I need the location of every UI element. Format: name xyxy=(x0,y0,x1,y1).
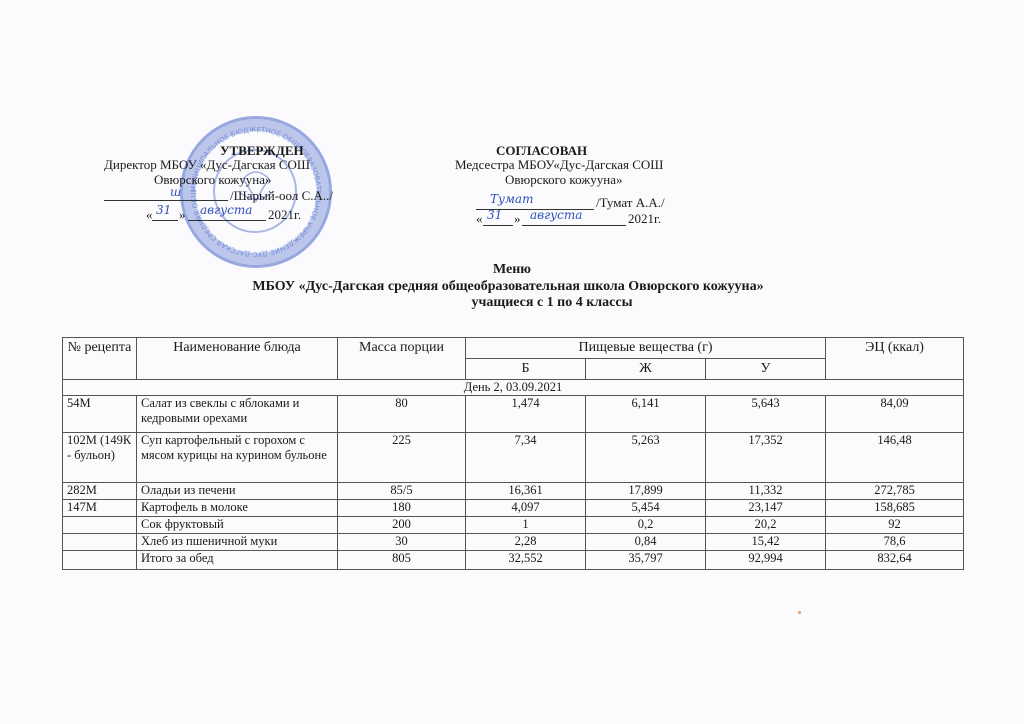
recipe-no-cell xyxy=(63,551,137,570)
recipe-no-cell: 147М xyxy=(63,500,137,517)
table-row: 282МОладьи из печени85/516,36117,89911,3… xyxy=(63,483,964,500)
table-row: Сок фруктовый20010,220,292 xyxy=(63,517,964,534)
school-name: МБОУ «Дус-Дагская средняя общеобразовате… xyxy=(0,279,1020,295)
agreed-date-month: августа xyxy=(530,208,582,222)
agreed-day-line xyxy=(483,225,513,226)
carbs-cell: 17,352 xyxy=(706,433,826,483)
portion-cell: 225 xyxy=(338,433,466,483)
approved-day-line xyxy=(152,220,178,221)
carbs-cell: 15,42 xyxy=(706,534,826,551)
table-row: 54МСалат из свеклы с яблоками и кедровым… xyxy=(63,396,964,433)
agreed-signer: /Тумат А.А./ xyxy=(596,195,665,210)
agreed-heading: СОГЛАСОВАН xyxy=(496,143,587,158)
fat-cell: 6,141 xyxy=(586,396,706,433)
protein-cell: 1 xyxy=(466,517,586,534)
dish-name-cell: Итого за обед xyxy=(137,551,338,570)
carbs-cell: 20,2 xyxy=(706,517,826,534)
agreed-month-line xyxy=(522,225,626,226)
approved-signer: /Шарый-оол С.А../ xyxy=(230,188,333,203)
energy-cell: 146,48 xyxy=(826,433,964,483)
approved-signature-line xyxy=(104,200,228,201)
day-label: День 2, 03.09.2021 xyxy=(63,380,964,396)
recipe-no-cell xyxy=(63,517,137,534)
recipe-no-cell: 282М xyxy=(63,483,137,500)
dish-name-cell: Суп картофельный с горохом с мясом куриц… xyxy=(137,433,338,483)
dish-name-cell: Салат из свеклы с яблоками и кедровыми о… xyxy=(137,396,338,433)
energy-cell: 832,64 xyxy=(826,551,964,570)
energy-cell: 272,785 xyxy=(826,483,964,500)
agreed-position: Медсестра МБОУ«Дус-Дагская СОШ xyxy=(455,157,663,172)
approved-date-close: » xyxy=(179,207,186,222)
header-energy: ЭЦ (ккал) xyxy=(826,338,964,380)
carbs-cell: 23,147 xyxy=(706,500,826,517)
approved-heading: УТВЕРЖДЕН xyxy=(220,143,304,158)
menu-table: № рецепта Наименование блюда Масса порци… xyxy=(62,337,964,570)
dish-name-cell: Сок фруктовый xyxy=(137,517,338,534)
fat-cell: 17,899 xyxy=(586,483,706,500)
recipe-no-cell: 102М (149К - бульон) xyxy=(63,433,137,483)
header-dish: Наименование блюда xyxy=(137,338,338,380)
header-protein: Б xyxy=(466,359,586,380)
protein-cell: 2,28 xyxy=(466,534,586,551)
approved-date-year: 2021г. xyxy=(268,207,301,222)
table-row: 147МКартофель в молоке1804,0975,45423,14… xyxy=(63,500,964,517)
portion-cell: 200 xyxy=(338,517,466,534)
recipe-no-cell xyxy=(63,534,137,551)
header-nutrients: Пищевые вещества (г) xyxy=(466,338,826,359)
agreed-date-close: » xyxy=(514,211,521,226)
energy-cell: 158,685 xyxy=(826,500,964,517)
fat-cell: 0,2 xyxy=(586,517,706,534)
menu-title: Меню xyxy=(0,262,1024,278)
carbs-cell: 11,332 xyxy=(706,483,826,500)
carbs-cell: 5,643 xyxy=(706,396,826,433)
table-row: Хлеб из пшеничной муки302,280,8415,4278,… xyxy=(63,534,964,551)
grades-subtitle: учащиеся с 1 по 4 классы xyxy=(40,295,1024,311)
table-row: 102М (149К - бульон)Суп картофельный с г… xyxy=(63,433,964,483)
portion-cell: 80 xyxy=(338,396,466,433)
portion-cell: 30 xyxy=(338,534,466,551)
approved-position: Директор МБОУ «Дус-Дагская СОШ xyxy=(104,157,310,172)
protein-cell: 4,097 xyxy=(466,500,586,517)
dish-name-cell: Оладьи из печени xyxy=(137,483,338,500)
dish-name-cell: Картофель в молоке xyxy=(137,500,338,517)
protein-cell: 1,474 xyxy=(466,396,586,433)
carbs-cell: 92,994 xyxy=(706,551,826,570)
total-row: Итого за обед80532,55235,79792,994832,64 xyxy=(63,551,964,570)
dish-name-cell: Хлеб из пшеничной муки xyxy=(137,534,338,551)
portion-cell: 180 xyxy=(338,500,466,517)
header-carbs: У xyxy=(706,359,826,380)
header-portion: Масса порции xyxy=(338,338,466,380)
agreed-date-year: 2021г. xyxy=(628,211,661,226)
approved-date-day: 31 xyxy=(156,203,171,217)
approved-month-line xyxy=(188,220,266,221)
header-recipe-no: № рецепта xyxy=(63,338,137,380)
fat-cell: 35,797 xyxy=(586,551,706,570)
approved-date-month: августа xyxy=(200,203,252,217)
approved-signature: ш xyxy=(170,185,181,199)
agreed-signature: Тумат xyxy=(490,192,533,206)
energy-cell: 84,09 xyxy=(826,396,964,433)
protein-cell: 16,361 xyxy=(466,483,586,500)
recipe-no-cell: 54М xyxy=(63,396,137,433)
protein-cell: 7,34 xyxy=(466,433,586,483)
fat-cell: 5,454 xyxy=(586,500,706,517)
portion-cell: 805 xyxy=(338,551,466,570)
fat-cell: 0,84 xyxy=(586,534,706,551)
protein-cell: 32,552 xyxy=(466,551,586,570)
portion-cell: 85/5 xyxy=(338,483,466,500)
scan-speck xyxy=(798,611,801,614)
agreed-date-day: 31 xyxy=(487,208,502,222)
energy-cell: 78,6 xyxy=(826,534,964,551)
agreed-date-open: « xyxy=(476,211,483,226)
fat-cell: 5,263 xyxy=(586,433,706,483)
agreed-organization: Овюрского кожууна» xyxy=(505,172,622,187)
header-fat: Ж xyxy=(586,359,706,380)
energy-cell: 92 xyxy=(826,517,964,534)
